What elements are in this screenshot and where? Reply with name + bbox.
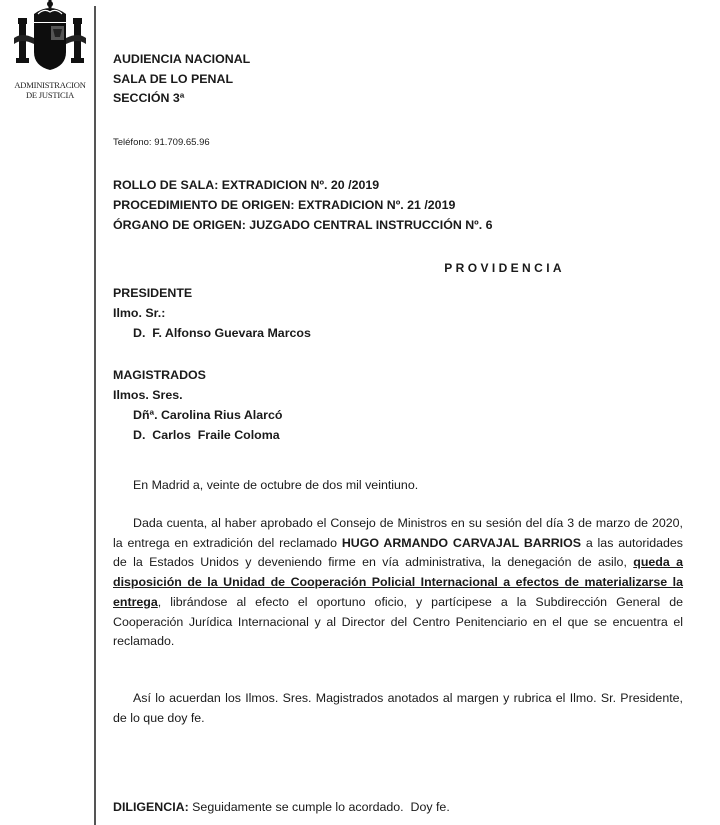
margin-divider (94, 6, 96, 825)
document-title: PROVIDENCIA (113, 261, 565, 275)
date-line: En Madrid a, veinte de octubre de dos mi… (133, 478, 418, 492)
president-heading: PRESIDENTE (113, 283, 311, 303)
ruling-paragraph: Dada cuenta, al haber aprobado el Consej… (113, 514, 683, 652)
magistrate-name: D. Carlos Fraile Coloma (113, 425, 282, 445)
spanish-coat-of-arms-icon (12, 0, 88, 80)
rollo-reference: ROLLO DE SALA: EXTRADICION Nº. 20 /2019 (113, 175, 492, 195)
origin-procedure-reference: PROCEDIMIENTO DE ORIGEN: EXTRADICION Nº.… (113, 195, 492, 215)
defendant-name: HUGO ARMANDO CARVAJAL BARRIOS (342, 536, 581, 550)
diligencia-label: DILIGENCIA: (113, 800, 189, 814)
court-chamber: SALA DE LO PENAL (113, 70, 250, 90)
president-name: D. F. Alfonso Guevara Marcos (113, 323, 311, 343)
magistrates-block: MAGISTRADOS Ilmos. Sres. Dñª. Carolina R… (113, 365, 282, 445)
magistrates-honorific: Ilmos. Sres. (113, 385, 282, 405)
president-honorific: Ilmo. Sr.: (113, 303, 311, 323)
case-references: ROLLO DE SALA: EXTRADICION Nº. 20 /2019 … (113, 175, 492, 235)
court-section: SECCIÓN 3ª (113, 89, 250, 109)
president-block: PRESIDENTE Ilmo. Sr.: D. F. Alfonso Guev… (113, 283, 311, 343)
origin-court-reference: ÓRGANO DE ORIGEN: JUZGADO CENTRAL INSTRU… (113, 215, 492, 235)
magistrates-heading: MAGISTRADOS (113, 365, 282, 385)
diligencia-line: DILIGENCIA: Seguidamente se cumple lo ac… (113, 800, 450, 814)
court-name: AUDIENCIA NACIONAL (113, 50, 250, 70)
closing-paragraph: Así lo acuerdan los Ilmos. Sres. Magistr… (113, 689, 683, 728)
court-phone: Teléfono: 91.709.65.96 (113, 137, 210, 148)
magistrate-name: Dñª. Carolina Rius Alarcó (113, 405, 282, 425)
document-page: ADMINISTRACION DE JUSTICIA AUDIENCIA NAC… (0, 0, 720, 825)
administration-caption: ADMINISTRACION DE JUSTICIA (4, 80, 96, 100)
letterhead-crest: ADMINISTRACION DE JUSTICIA (4, 0, 94, 108)
court-header: AUDIENCIA NACIONAL SALA DE LO PENAL SECC… (113, 50, 250, 109)
